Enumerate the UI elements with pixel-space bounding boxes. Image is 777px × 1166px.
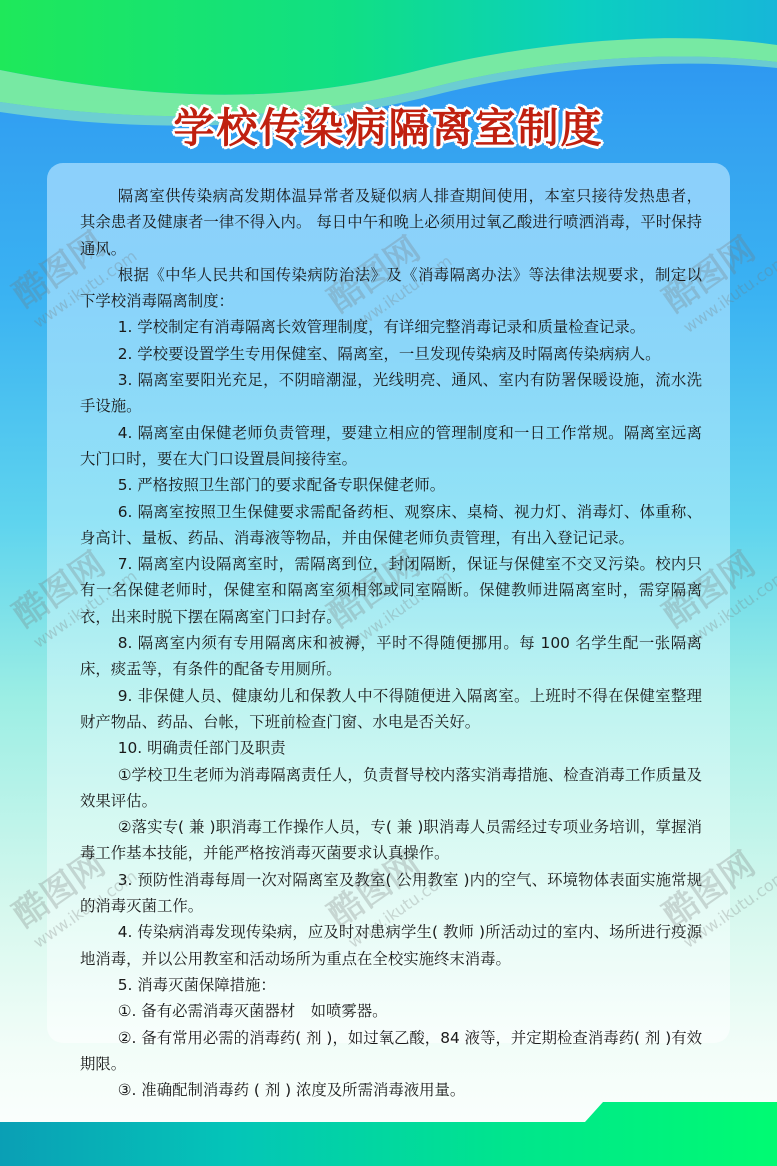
- sub-rule-item: ①学校卫生老师为消毒隔离责任人，负责督导校内落实消毒措施、检查消毒工作质量及效果…: [80, 762, 702, 815]
- legal-basis-paragraph: 根据《中华人民共和国传染病防治法》及《消毒隔离办法》等法律法规要求，制定以下学校…: [80, 262, 702, 315]
- rule-item: 1. 学校制定有消毒隔离长效管理制度，有详细完整消毒记录和质量检查记录。: [80, 314, 702, 340]
- rule-item: 2. 学校要设置学生专用保健室、隔离室，一旦发现传染病及时隔离传染病病人。: [80, 341, 702, 367]
- sub-rule-item: ②落实专( 兼 )职消毒工作操作人员，专( 兼 )职消毒人员需经过专项业务培训，…: [80, 814, 702, 867]
- rule-item: 9. 非保健人员、健康幼儿和保教人中不得随便进入隔离室。上班时不得在保健室整理财…: [80, 683, 702, 736]
- rule-item: 5. 严格按照卫生部门的要求配备专职保健老师。: [80, 472, 702, 498]
- rule-item: 4. 传染病消毒发现传染病，应及时对患病学生( 教师 )所活动过的室内、场所进行…: [80, 919, 702, 972]
- rule-item: 8. 隔离室内须有专用隔离床和被褥，平时不得随便挪用。每 100 名学生配一张隔…: [80, 630, 702, 683]
- rule-item: 3. 隔离室要阳光充足，不阴暗潮湿，光线明亮、通风、室内有防署保暖设施，流水洗手…: [80, 367, 702, 420]
- rule-item: 6. 隔离室按照卫生保健要求需配备药柜、观察床、桌椅、视力灯、消毒灯、体重称、身…: [80, 499, 702, 552]
- page-title: 学校传染病隔离室制度: [0, 95, 777, 154]
- regulation-body: 隔离室供传染病高发期体温异常者及疑似病人排查期间使用，本室只接待发热患者，其余患…: [80, 183, 702, 1103]
- intro-paragraph: 隔离室供传染病高发期体温异常者及疑似病人排查期间使用，本室只接待发热患者，其余患…: [80, 183, 702, 262]
- sub-rule-item: ①. 备有必需消毒灭菌器材 如喷雾器。: [80, 998, 702, 1024]
- sub-rule-item: ③. 准确配制消毒药 ( 剂 ) 浓度及所需消毒液用量。: [80, 1077, 702, 1103]
- rule-item: 7. 隔离室内设隔离室时，需隔离到位，封闭隔断，保证与保健室不交叉污染。校内只有…: [80, 551, 702, 630]
- rule-item: 3. 预防性消毒每周一次对隔离室及教室( 公用教室 )内的空气、环境物体表面实施…: [80, 867, 702, 920]
- rule-item: 10. 明确责任部门及职责: [80, 735, 702, 761]
- sub-rule-item: ②. 备有常用必需的消毒药( 剂 )，如过氧乙酸，84 液等，并定期检查消毒药(…: [80, 1025, 702, 1078]
- rule-item: 5. 消毒灭菌保障措施：: [80, 972, 702, 998]
- rule-item: 4. 隔离室由保健老师负责管理，要建立相应的管理制度和一日工作常规。隔离室远离大…: [80, 420, 702, 473]
